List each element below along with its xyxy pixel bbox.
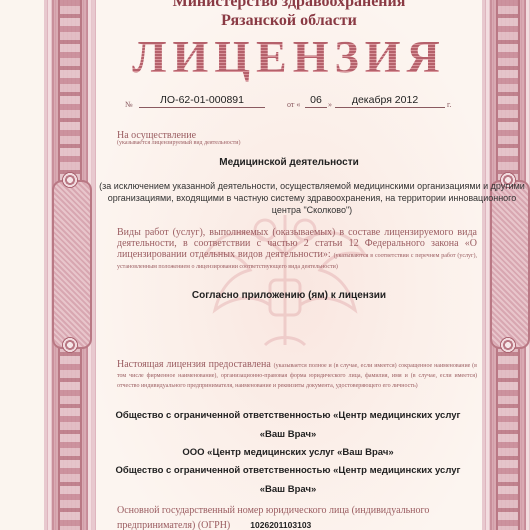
- rosette-icon: [62, 172, 78, 188]
- works-section: Виды работ (услуг), выполняемых (оказыва…: [117, 227, 477, 271]
- ogrn-section: Основной государственный номер юридическ…: [117, 503, 477, 530]
- month-underline: [335, 107, 445, 108]
- holder-brand-name-line1: Общество с ограниченной ответственностью…: [94, 465, 482, 476]
- activity-value: Медицинской деятельности: [96, 157, 482, 168]
- activity-note: (указывается лицензируемый вид деятельно…: [117, 140, 240, 146]
- number-underline: [139, 107, 265, 108]
- activity-exception: (за исключением указанной деятельности, …: [94, 180, 530, 216]
- holder-section: Настоящая лицензия предоставлена (указыв…: [117, 360, 477, 390]
- license-number-row: № ЛО-62-01-000891 от « 06 » декабря 2012…: [125, 94, 460, 110]
- holder-full-name-line1: Общество с ограниченной ответственностью…: [94, 410, 482, 421]
- license-document: Министерство здравоохранения Рязанской о…: [0, 0, 530, 530]
- holder-brand-name-line2: «Ваш Врач»: [94, 484, 482, 495]
- day-suffix: »: [328, 100, 332, 109]
- number-label: №: [125, 100, 133, 109]
- ministry-name: Министерство здравоохранения: [96, 0, 482, 11]
- license-month-year: декабря 2012: [335, 94, 435, 106]
- region-name: Рязанской области: [96, 12, 482, 30]
- rosette-icon: [500, 337, 516, 353]
- license-day: 06: [305, 94, 327, 106]
- border-panel: [52, 180, 92, 349]
- license-number: ЛО-62-01-000891: [139, 94, 265, 106]
- right-ornamental-border: [482, 0, 530, 530]
- rosette-icon: [62, 337, 78, 353]
- holder-short-name: ООО «Центр медицинских услуг «Ваш Врач»: [94, 447, 482, 458]
- date-prefix: от «: [287, 100, 300, 109]
- ogrn-value: 1026201103103: [250, 520, 311, 530]
- document-title: ЛИЦЕНЗИЯ: [96, 30, 482, 84]
- holder-label: Настоящая лицензия предоставлена: [117, 359, 271, 370]
- holder-full-name-line2: «Ваш Врач»: [94, 429, 482, 440]
- day-underline: [305, 107, 327, 108]
- works-value: Согласно приложению (ям) к лицензии: [96, 290, 482, 301]
- double-headed-eagle-emblem-watermark: [185, 195, 385, 365]
- left-ornamental-border: [44, 0, 96, 530]
- year-suffix: г.: [447, 100, 451, 109]
